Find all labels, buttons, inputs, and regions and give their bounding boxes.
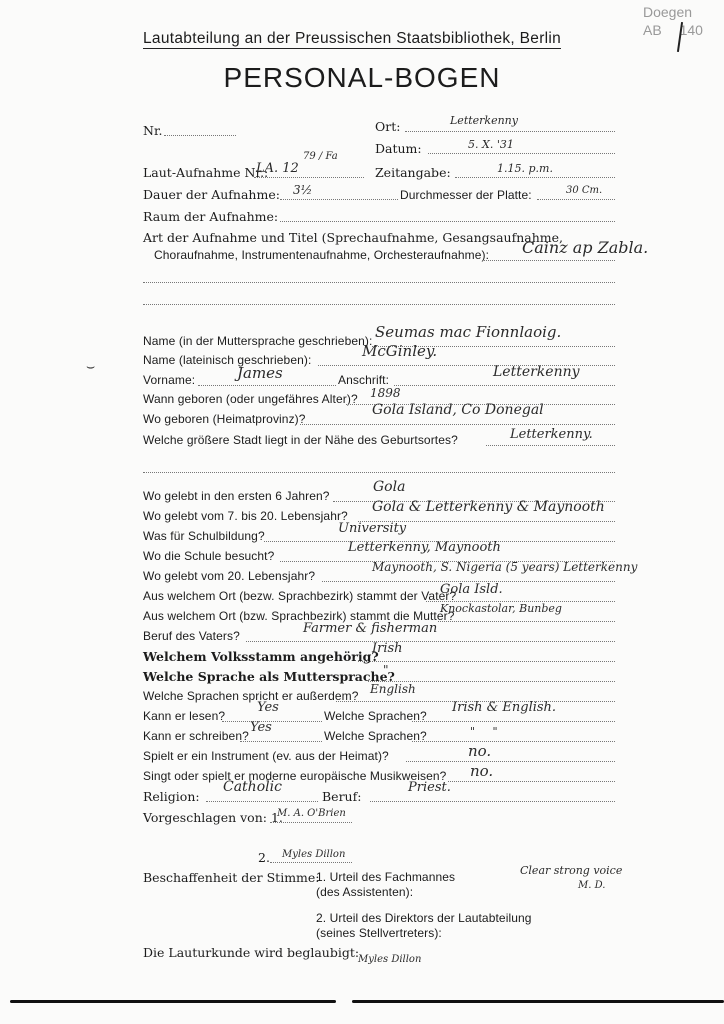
volksstamm-field[interactable] xyxy=(358,661,615,662)
lesen-label: Kann er lesen? xyxy=(143,709,225,723)
zeitangabe-label: Zeitangabe: xyxy=(375,165,451,180)
beruf-vater-value: Farmer & fisherman xyxy=(303,621,437,636)
art-value: Cainz ap Zabla. xyxy=(522,238,648,257)
urteil-2-line2: (seines Stellvertreters): xyxy=(316,926,442,940)
musik-value: no. xyxy=(470,762,493,780)
urteil-1-line1: 1. Urteil des Fachmannes xyxy=(316,870,455,884)
vorname-value: James xyxy=(237,364,283,382)
durchmesser-value: 30 Cm. xyxy=(566,185,602,196)
schule-value: Letterkenny, Maynooth xyxy=(348,540,501,555)
beruf-label: Beruf: xyxy=(322,789,361,804)
schreiben-sprachen-value: " " xyxy=(470,725,498,738)
muttersprache-label: Welche Sprache als Muttersprache? xyxy=(143,669,395,684)
ort-label: Ort: xyxy=(375,119,400,134)
schreiben-value: Yes xyxy=(250,720,272,735)
beruf-value: Priest. xyxy=(408,780,451,795)
nr-label: Nr. xyxy=(143,123,163,138)
religion-value: Catholic xyxy=(223,779,282,795)
mutter-ort-field[interactable] xyxy=(438,621,615,622)
religion-field[interactable] xyxy=(206,801,318,802)
schulbildung-label: Was für Schulbildung? xyxy=(143,529,265,543)
name-muttersprache-label: Name (in der Muttersprache geschrieben): xyxy=(143,334,372,348)
page-title: PERSONAL-BOGEN xyxy=(0,62,724,94)
gelebt-7-label: Wo gelebt vom 7. bis 20. Lebensjahr? xyxy=(143,509,348,523)
anschrift-value: Letterkenny xyxy=(493,364,580,380)
urteil-1-initials: M. D. xyxy=(578,880,605,891)
stadt-field[interactable] xyxy=(486,445,615,446)
anschrift-field[interactable] xyxy=(394,385,615,386)
beruf-vater-label: Beruf des Vaters? xyxy=(143,629,240,643)
art-field-line3[interactable] xyxy=(143,304,615,305)
schulbildung-value: University xyxy=(338,521,406,536)
gelebt-20-value: Maynooth, S. Nigeria (5 years) Letterken… xyxy=(372,560,637,574)
art-field[interactable] xyxy=(484,260,615,261)
musik-label: Singt oder spielt er moderne europäische… xyxy=(143,769,446,783)
stimme-label: Beschaffenheit der Stimme: xyxy=(143,870,320,885)
schreiben-label: Kann er schreiben? xyxy=(143,729,249,743)
vorgeschlagen-label: Vorgeschlagen von: 1. xyxy=(143,810,283,825)
beglaubigt-signature: Myles Dillon xyxy=(358,954,421,965)
lesen-field[interactable] xyxy=(222,721,322,722)
volksstamm-label: Welchem Volksstamm angehörig? xyxy=(143,649,379,664)
volksstamm-value: Irish xyxy=(372,641,403,656)
urteil-2-line1: 2. Urteil des Direktors der Lautabteilun… xyxy=(316,911,532,925)
geburtsort-label: Wo geboren (Heimatprovinz)? xyxy=(143,412,306,426)
geboren-value: 1898 xyxy=(370,386,401,400)
name-lateinisch-label: Name (lateinisch geschrieben): xyxy=(143,353,311,367)
archive-note-name: Doegen xyxy=(643,4,703,20)
schreiben-sprachen-field[interactable] xyxy=(412,741,615,742)
zeitangabe-field[interactable] xyxy=(455,177,615,178)
musik-field[interactable] xyxy=(448,781,615,782)
gelebt-20-label: Wo gelebt vom 20. Lebensjahr? xyxy=(143,569,315,583)
art-label-line2: Choraufnahme, Instrumentenaufnahme, Orch… xyxy=(154,248,489,262)
schule-label: Wo die Schule besucht? xyxy=(143,549,274,563)
geboren-label: Wann geboren (oder ungefähres Alter)? xyxy=(143,392,358,406)
instrument-label: Spielt er ein Instrument (ev. aus der He… xyxy=(143,749,389,763)
beruf-vater-field[interactable] xyxy=(246,641,615,642)
lesen-value: Yes xyxy=(257,700,279,715)
urteil-1-line2: (des Assistenten): xyxy=(316,885,413,899)
vorgeschlagen-2-value: Myles Dillon xyxy=(282,849,345,860)
art-field-line2[interactable] xyxy=(143,282,615,283)
zeitangabe-value: 1.15. p.m. xyxy=(497,162,553,175)
gelebt-6-value: Gola xyxy=(373,479,405,495)
bottom-rule-right xyxy=(352,1000,724,1003)
name-muttersprache-value: Seumas mac Fionnlaoig. xyxy=(375,323,561,341)
lesen-sprachen-field[interactable] xyxy=(412,721,615,722)
vorgeschlagen-1-field[interactable] xyxy=(270,822,352,823)
laut-aufnahme-label: Laut-Aufnahme Nr.: xyxy=(143,165,268,180)
sprachen-label: Welche Sprachen spricht er außerdem? xyxy=(143,689,358,703)
gelebt-6-label: Wo gelebt in den ersten 6 Jahren? xyxy=(143,489,330,503)
instrument-value: no. xyxy=(468,742,491,760)
vorname-label: Vorname: xyxy=(143,373,195,387)
art-label-line1: Art der Aufnahme und Titel (Sprechaufnah… xyxy=(143,230,563,245)
ort-field[interactable] xyxy=(405,131,615,132)
vater-ort-label: Aus welchem Ort (bezw. Sprachbezirk) sta… xyxy=(143,589,456,603)
sprachen-value: English xyxy=(370,682,416,696)
anschrift-label: Anschrift: xyxy=(338,373,389,387)
name-lateinisch-value: McGinley. xyxy=(362,342,437,360)
nr-field[interactable] xyxy=(164,135,236,136)
raum-label: Raum der Aufnahme: xyxy=(143,209,278,224)
laut-aufnahme-value: LA. 12 xyxy=(256,161,299,176)
archive-note-series: AB xyxy=(643,22,662,38)
vorgeschlagen-1-value: M. A. O'Brien xyxy=(277,808,346,819)
laut-aufnahme-field[interactable] xyxy=(254,177,364,178)
gelebt-7-value: Gola & Letterkenny & Maynooth xyxy=(372,499,605,515)
urteil-1-value: Clear strong voice xyxy=(520,864,622,877)
beglaubigt-label: Die Lauturkunde wird beglaubigt: xyxy=(143,945,359,960)
laut-aufnahme-fraction: 79 / Fa xyxy=(303,151,338,162)
margin-mark: ⌣ xyxy=(86,360,95,376)
datum-field[interactable] xyxy=(428,153,615,154)
dauer-label: Dauer der Aufnahme: xyxy=(143,187,280,202)
vorgeschlagen-2-field[interactable] xyxy=(270,862,352,863)
muttersprache-value: " xyxy=(383,663,389,677)
stadt-value: Letterkenny. xyxy=(510,427,593,442)
vater-ort-value: Gola Isld. xyxy=(440,582,503,597)
datum-label: Datum: xyxy=(375,141,422,156)
lesen-sprachen-value: Irish & English. xyxy=(452,700,556,715)
schreiben-field[interactable] xyxy=(240,741,322,742)
instrument-field[interactable] xyxy=(406,761,615,762)
archive-note-number: 140 xyxy=(680,22,703,38)
dauer-value: 3½ xyxy=(293,183,312,197)
vorname-field[interactable] xyxy=(198,385,336,386)
durchmesser-field[interactable] xyxy=(537,199,615,200)
ort-value: Letterkenny xyxy=(450,114,518,127)
geburtsort-field[interactable] xyxy=(300,424,615,425)
durchmesser-label: Durchmesser der Platte: xyxy=(400,188,532,202)
beruf-field[interactable] xyxy=(370,801,615,802)
geburtsort-value: Gola Island, Co Donegal xyxy=(372,402,544,418)
raum-field[interactable] xyxy=(280,221,615,222)
stadt-field-line2[interactable] xyxy=(143,472,615,473)
stadt-label: Welche größere Stadt liegt in der Nähe d… xyxy=(143,433,458,447)
datum-value: 5. X. '31 xyxy=(468,138,514,151)
institution-header: Lautabteilung an der Preussischen Staats… xyxy=(143,30,561,49)
bottom-rule-left xyxy=(10,1000,336,1003)
dauer-field[interactable] xyxy=(280,199,398,200)
mutter-ort-value: Knockastolar, Bunbeg xyxy=(440,602,562,615)
archive-pencil-note: Doegen AB 140 xyxy=(643,4,703,38)
vorgeschlagen-2-label: 2. xyxy=(258,850,270,865)
religion-label: Religion: xyxy=(143,789,200,804)
